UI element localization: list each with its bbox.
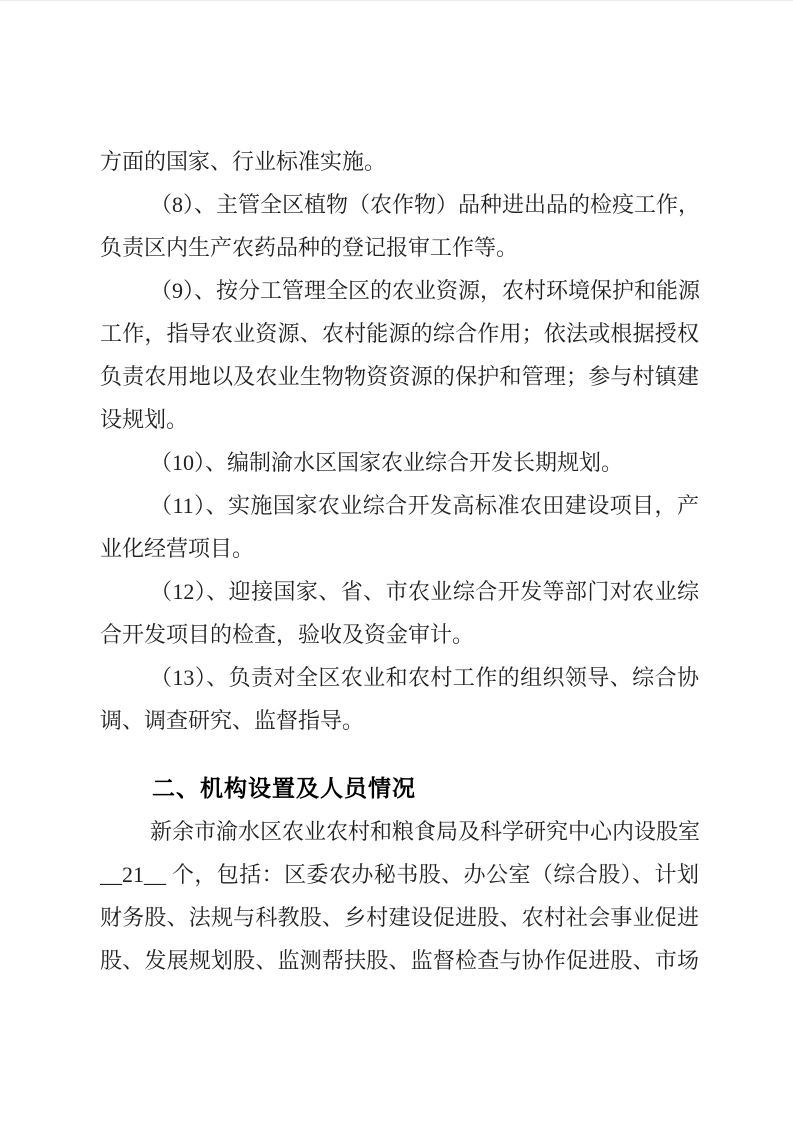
paragraph-item-13: （13）、负责对全区农业和农村工作的组织领导、综合协 调、调查研究、监督指导。: [100, 656, 699, 742]
paragraph-item-11: （11）、实施国家农业综合开发高标准农田建设项目，产 业化经营项目。: [100, 484, 699, 570]
text-line: 股、发展规划股、监测帮扶股、监督检查与协作促进股、市场: [100, 939, 699, 982]
section-heading: 二、机构设置及人员情况: [100, 767, 699, 810]
document-content: 方面的国家、行业标准实施。 （8）、主管全区植物（农作物）品种进出品的检疫工作，…: [0, 1, 793, 982]
paragraph-item-8: （8）、主管全区植物（农作物）品种进出品的检疫工作， 负责区内生产农药品种的登记…: [100, 183, 699, 269]
document-page: 方面的国家、行业标准实施。 （8）、主管全区植物（农作物）品种进出品的检疫工作，…: [0, 0, 793, 1122]
text-line: （13）、负责对全区农业和农村工作的组织领导、综合协: [100, 656, 699, 699]
text-line: 负责农用地以及农业生物物资资源的保护和管理；参与村镇建: [100, 355, 699, 398]
text-line: 方面的国家、行业标准实施。: [100, 140, 699, 183]
text-line: 工作，指导农业资源、农村能源的综合作用；依法或根据授权: [100, 312, 699, 355]
text-line: 新余市渝水区农业农村和粮食局及科学研究中心内设股室: [100, 810, 699, 853]
text-line: （10）、编制渝水区国家农业综合开发长期规划。: [100, 441, 699, 484]
text-line: 调、调查研究、监督指导。: [100, 699, 699, 742]
text-line: （11）、实施国家农业综合开发高标准农田建设项目，产: [100, 484, 699, 527]
text-line: 设规划。: [100, 398, 699, 441]
text-line: 负责区内生产农药品种的登记报审工作等。: [100, 226, 699, 269]
text-line: 财务股、法规与科教股、乡村建设促进股、农村社会事业促进: [100, 896, 699, 939]
paragraph-item-12: （12）、迎接国家、省、市农业综合开发等部门对农业综 合开发项目的检查，验收及资…: [100, 570, 699, 656]
text-line: __21__ 个，包括：区委农办秘书股、办公室（综合股）、计划: [100, 853, 699, 896]
paragraph-item-10: （10）、编制渝水区国家农业综合开发长期规划。: [100, 441, 699, 484]
text-line: 合开发项目的检查，验收及资金审计。: [100, 613, 699, 656]
text-line: （8）、主管全区植物（农作物）品种进出品的检疫工作，: [100, 183, 699, 226]
text-line: （9）、按分工管理全区的农业资源，农村环境保护和能源: [100, 269, 699, 312]
text-line: 业化经营项目。: [100, 527, 699, 570]
paragraph-org-setup: 新余市渝水区农业农村和粮食局及科学研究中心内设股室 __21__ 个，包括：区委…: [100, 810, 699, 982]
paragraph-item-9: （9）、按分工管理全区的农业资源，农村环境保护和能源 工作，指导农业资源、农村能…: [100, 269, 699, 441]
text-line: （12）、迎接国家、省、市农业综合开发等部门对农业综: [100, 570, 699, 613]
paragraph-continuation: 方面的国家、行业标准实施。: [100, 140, 699, 183]
